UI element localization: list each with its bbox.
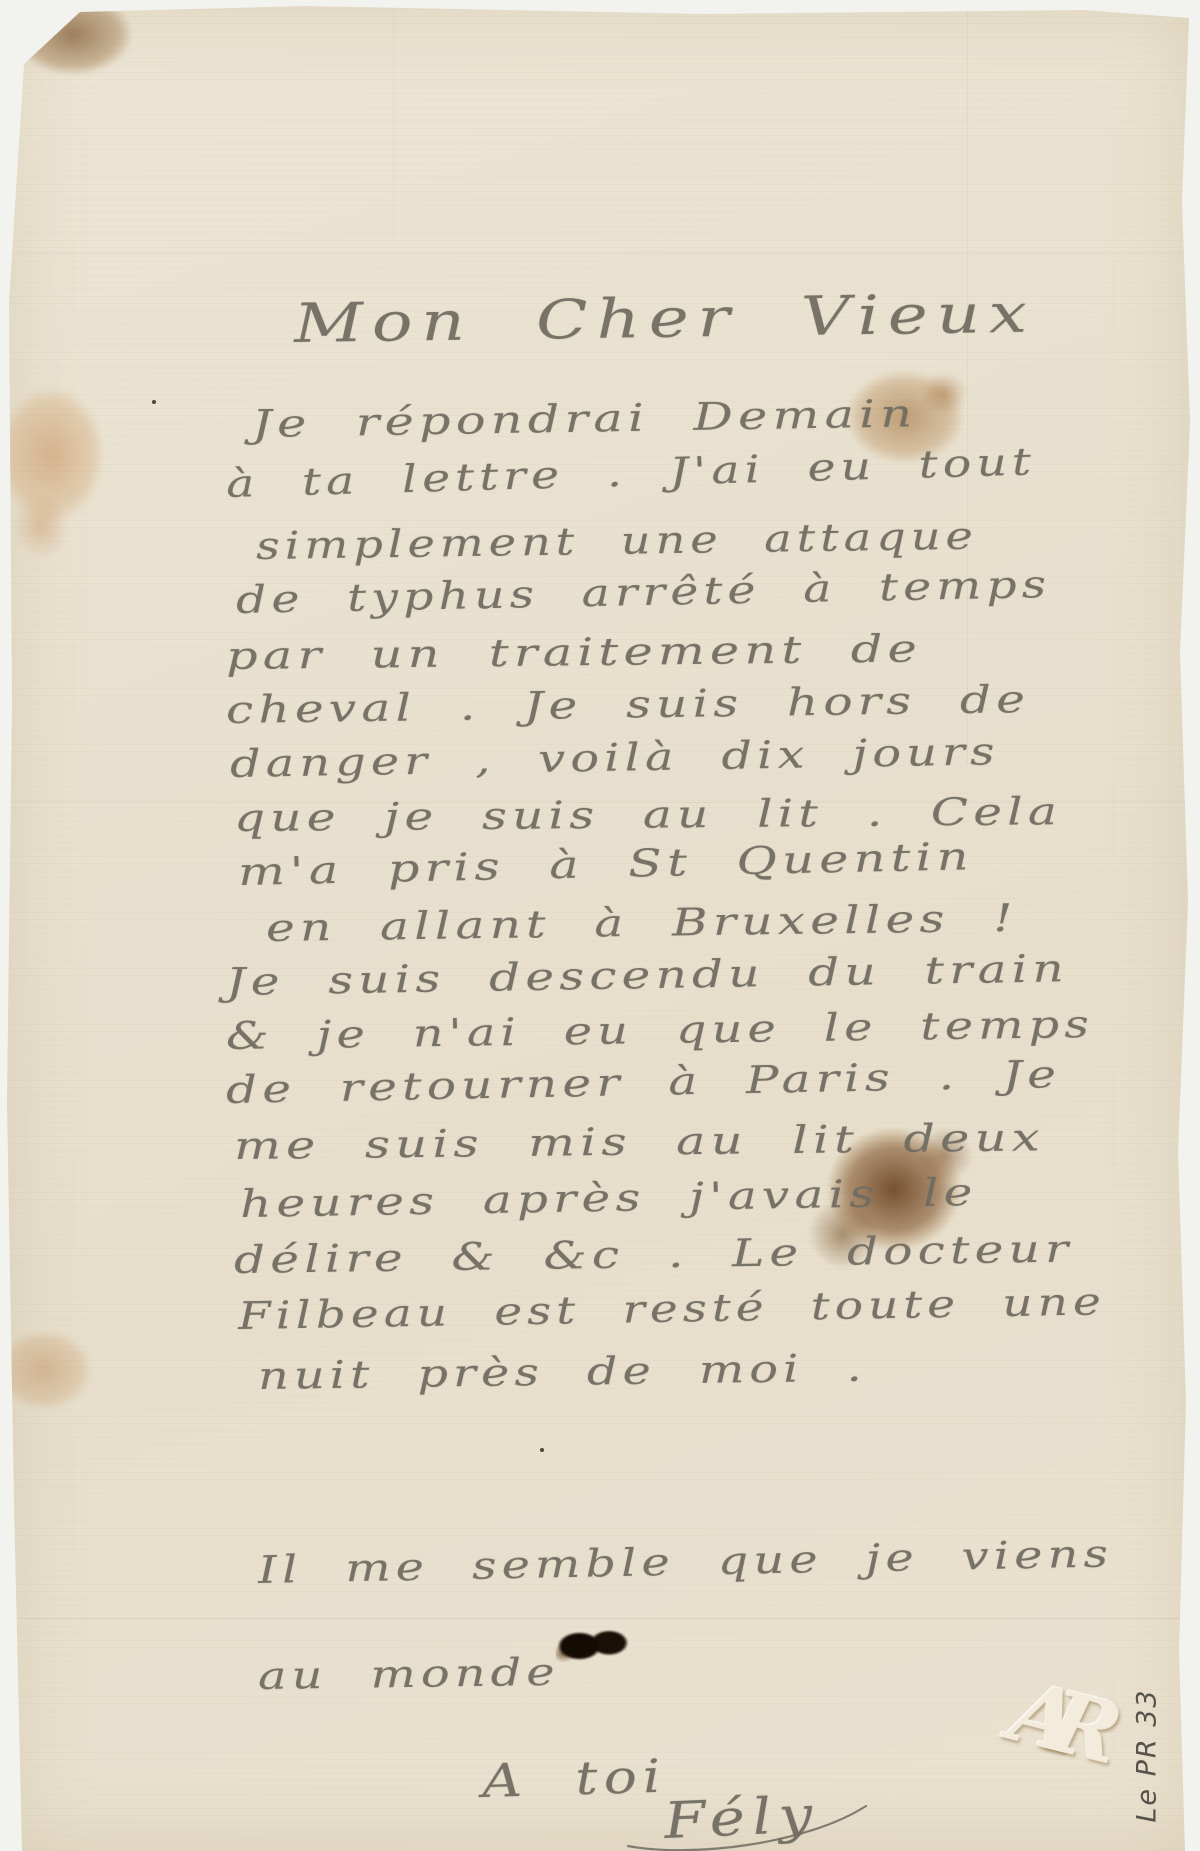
letter-line: nuit près de moi . [258,1346,868,1398]
letter-line: Filbeau est resté toute une [237,1279,1106,1338]
letter-line: danger , voilà dix jours [229,729,1000,786]
catalog-mark: Le PR 33 [1132,1671,1163,1841]
letter-line: de retourner à Paris . Je [225,1052,1061,1112]
letter-line: Je suis descendu du train [225,946,1069,1004]
corner-stain [10,0,150,92]
letter-line: en allant à Bruxelles ! [266,896,1019,950]
paper-speck [152,400,156,404]
letter-line: Je répondrai Demain [251,391,917,446]
letter-line: à ta lettre . J'ai eu tout [225,439,1037,506]
letter-salutation: Mon Cher Vieux [293,282,1036,355]
letter-line: de typhus arrêté à temps [235,562,1051,622]
embossed-monogram: AR [1001,1661,1105,1777]
ink-blot [556,1626,634,1666]
fold-crease-horizontal-top [10,252,1194,254]
letter-line: cheval . Je suis hors de [226,677,1031,732]
stain-left-lower [0,1320,108,1420]
letter-line: & je n'ai eu que le temps [226,1002,1095,1058]
letter-line: délire & &c . Le docteur [234,1227,1074,1282]
fold-crease-horizontal-bottom [10,1618,1194,1620]
letter-line: par un traitement de [226,627,923,678]
letter-line: Il me semble que je viens [257,1531,1113,1592]
letter-line: me suis mis au lit deux [234,1115,1045,1168]
letter-line: m'a pris à St Quentin [237,834,974,894]
letter-line: que je suis au lit . Cela [234,789,1062,840]
stain-left-upper [0,380,118,558]
letter-line: au monde [258,1650,561,1698]
signature-flourish [622,1800,872,1851]
fold-crease-vertical-top [393,8,395,240]
letter-paper: Mon Cher Vieux Je répondrai Demain à ta … [4,2,1194,1851]
paper-speck [540,1448,544,1452]
letter-line: simplement une attaque [256,514,979,568]
letter-scan: Mon Cher Vieux Je répondrai Demain à ta … [0,0,1200,1851]
